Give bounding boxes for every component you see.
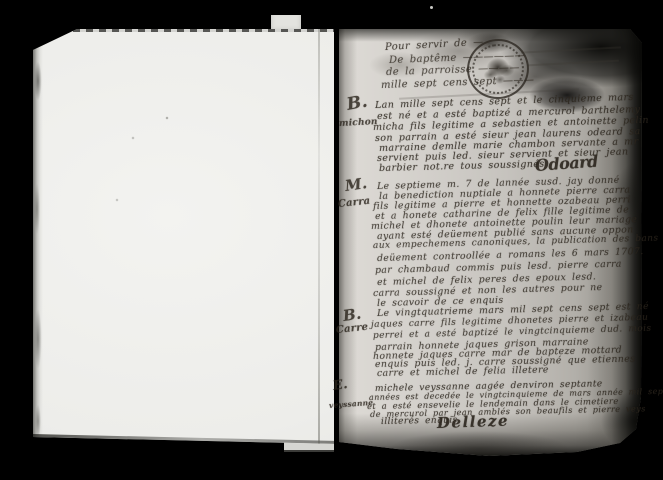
handwritten-line: carre et michel de felia illetere: [377, 364, 549, 379]
manuscript-page: Pour servir de —De baptême ——————de la p…: [339, 29, 642, 456]
register-scan: Pour servir de —De baptême ——————de la p…: [0, 0, 663, 480]
left-blank-page: [33, 29, 334, 445]
dust-speck: [430, 6, 433, 9]
margin-note: Carra: [337, 196, 370, 210]
margin-note: B.: [345, 92, 369, 115]
page-seam: [318, 29, 320, 445]
margin-note: M.: [344, 174, 369, 195]
margin-note: Carre: [335, 322, 368, 336]
signature: Odoard: [534, 152, 598, 175]
edge-stains: [33, 29, 334, 445]
margin-note: E.: [332, 377, 349, 394]
handwritten-text: Pour servir de —De baptême ——————de la p…: [339, 29, 642, 456]
top-edge-line: [73, 29, 334, 32]
handwritten-line: Pour servir de —: [385, 37, 484, 53]
signature: Delleze: [437, 411, 510, 432]
